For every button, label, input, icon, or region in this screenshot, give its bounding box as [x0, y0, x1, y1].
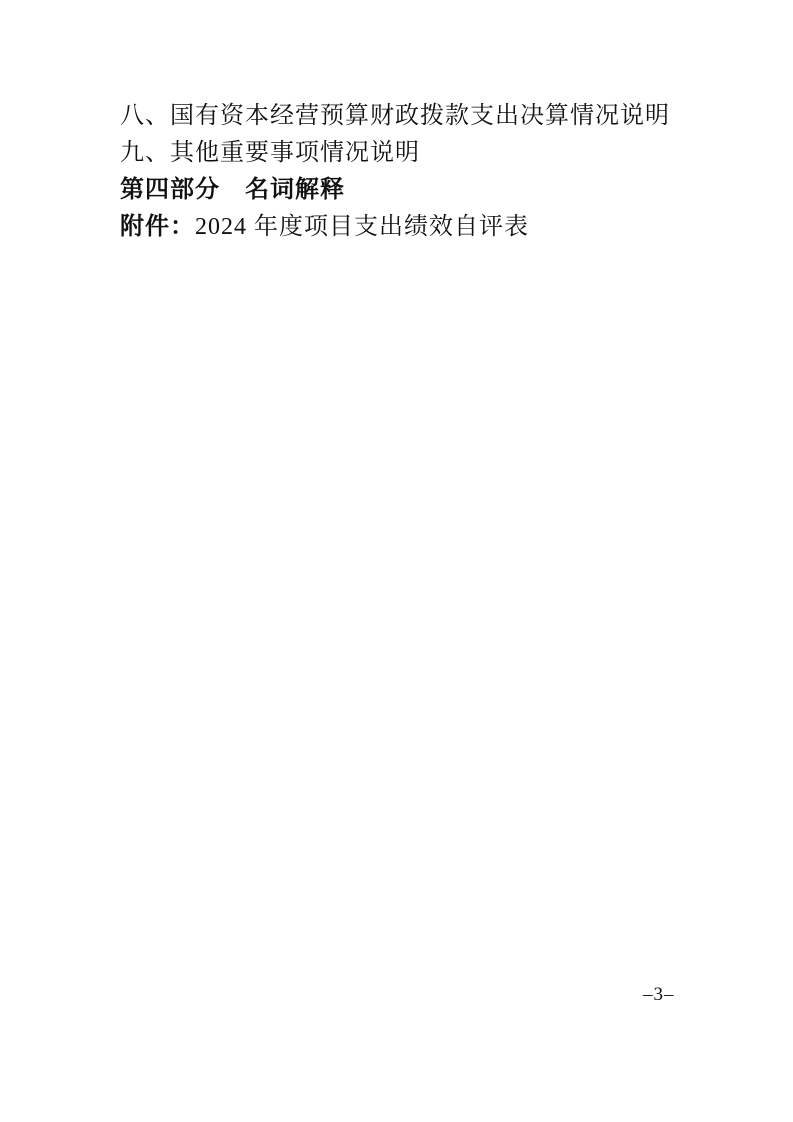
part4-heading: 第四部分 名词解释 [120, 172, 700, 209]
attachment-line: 附件：2024 年度项目支出绩效自评表 [120, 209, 700, 246]
attachment-label: 附件： [120, 214, 195, 240]
document-content: 八、国有资本经营预算财政拨款支出决算情况说明 九、其他重要事项情况说明 第四部分… [120, 98, 700, 246]
page-number: –3– [643, 984, 675, 1006]
attachment-title: 2024 年度项目支出绩效自评表 [195, 214, 529, 240]
toc-item-9: 九、其他重要事项情况说明 [120, 135, 700, 172]
document-page: 八、国有资本经营预算财政拨款支出决算情况说明 九、其他重要事项情况说明 第四部分… [0, 0, 793, 1122]
toc-item-8: 八、国有资本经营预算财政拨款支出决算情况说明 [120, 98, 700, 135]
